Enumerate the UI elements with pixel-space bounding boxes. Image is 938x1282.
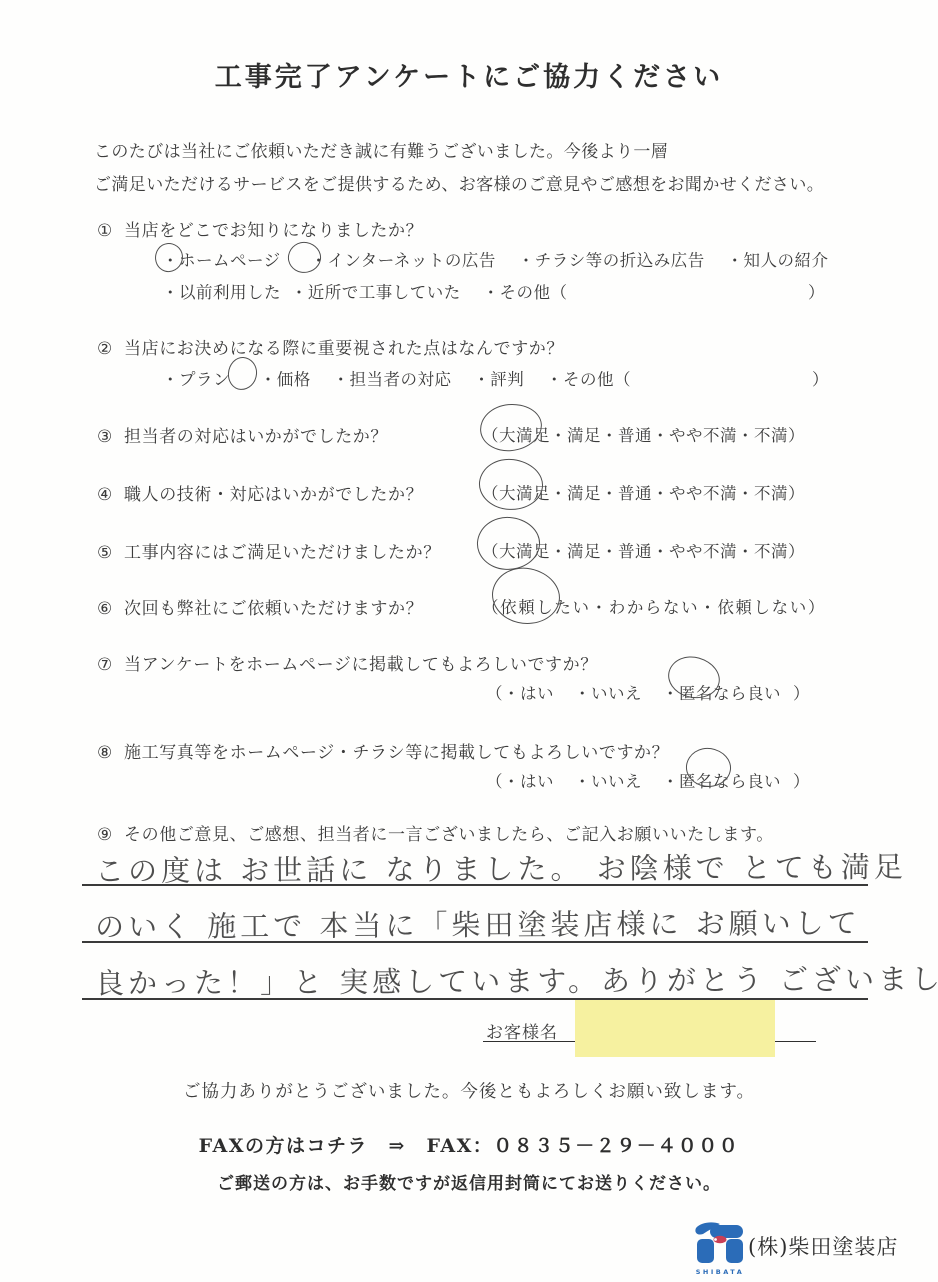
- handwritten-line-3: 良かった！」と 実感しています。いろいろありがとう ございました。: [95, 957, 938, 1003]
- question-3: ③担当者の対応はいかがでしたか？: [97, 422, 388, 447]
- question-6-scale: （依頼したい・わからない・依頼しない）: [482, 594, 826, 618]
- option-bullet: ・: [333, 370, 350, 389]
- mail-instruction-line: ご郵送の方は、お手数ですが返信用封筒にてお送りください。: [0, 1169, 938, 1194]
- scale-yaya-fuman: やや不満: [669, 542, 737, 561]
- question-3-number: ③: [97, 427, 124, 447]
- question-5-number: ⑤: [97, 543, 124, 563]
- question-1-close-paren: ）: [808, 279, 825, 303]
- option-yes: はい: [520, 684, 554, 703]
- handwritten-line-3a: 良かった！」と 実感しています。: [95, 964, 601, 1001]
- option-no: いいえ: [591, 772, 642, 791]
- question-2-text: 当店にお決めになる際に重要視された点はなんですか？: [124, 339, 564, 359]
- question-1-text: 当店をどこでお知りになりましたか？: [124, 221, 423, 241]
- question-4-text: 職人の技術・対応はいかがでしたか？: [124, 485, 423, 505]
- closing-thanks-line: ご協力ありがとうございました。今後ともよろしくお願い致します。: [0, 1078, 938, 1103]
- scale-daimanzoku: 大満足: [499, 426, 550, 445]
- question-2-options: ・プラン ・価格 ・担当者の対応 ・評判 ・その他（: [162, 366, 635, 390]
- question-6: ⑥次回も弊社にご依頼いただけますか？: [97, 594, 423, 619]
- company-logo: SHIBATA: [692, 1222, 748, 1276]
- question-1-number: ①: [97, 221, 124, 241]
- scale-daimanzoku: 大満足: [499, 542, 550, 561]
- option-bullet: ・: [473, 370, 490, 389]
- question-3-scale: （大満足・満足・普通・やや不満・不満）: [482, 422, 805, 446]
- option-bullet: ・: [546, 370, 563, 389]
- option-anonymous-ok: 匿名なら良い: [679, 684, 781, 703]
- scale-fuman: 不満: [754, 426, 788, 445]
- redaction-highlight-box: [575, 1000, 775, 1057]
- question-7-options: （・はい・いいえ・匿名なら良い）: [486, 680, 810, 704]
- option-internet-ad: インターネットの広告: [327, 251, 496, 270]
- scale-futsuu: 普通: [618, 484, 652, 503]
- option-no: いいえ: [591, 684, 642, 703]
- logo-text: SHIBATA: [692, 1268, 748, 1276]
- scale-fuman: 不満: [754, 542, 788, 561]
- intro-paragraph: このたびは当社にご依頼いただき誠に有難うございました。今後より一層 ご満足いただ…: [94, 136, 824, 202]
- question-8: ⑧施工写真等をホームページ・チラシ等に掲載してもよろしいですか？: [97, 738, 669, 763]
- handwritten-line-3b: ありがとう ございました。: [601, 962, 938, 998]
- question-5-scale: （大満足・満足・普通・やや不満・不満）: [482, 538, 805, 562]
- handwritten-line-2: のいく 施工で 本当に「柴田塗装店様に お願いして: [95, 901, 861, 946]
- scale-wakaranai: わからない: [609, 598, 700, 617]
- question-5-text: 工事内容にはご満足いただけましたか？: [124, 543, 441, 563]
- question-4: ④職人の技術・対応はいかがでしたか？: [97, 480, 423, 505]
- option-staff-response: 担当者の対応: [350, 370, 452, 389]
- question-2-close-paren: ）: [812, 366, 829, 390]
- scale-daimanzoku: 大満足: [499, 484, 550, 503]
- question-2-number: ②: [97, 339, 124, 359]
- option-bullet: ・: [260, 370, 277, 389]
- question-8-text: 施工写真等をホームページ・チラシ等に掲載してもよろしいですか？: [124, 743, 669, 763]
- option-bullet: ・: [162, 283, 179, 302]
- option-anonymous-ok: 匿名なら良い: [679, 772, 781, 791]
- question-9-number: ⑨: [97, 825, 124, 845]
- scale-manzoku: 満足: [567, 484, 601, 503]
- option-bullet: ・: [291, 283, 308, 302]
- option-reputation: 評判: [490, 370, 524, 389]
- question-3-text: 担当者の対応はいかがでしたか？: [124, 427, 388, 447]
- question-9: ⑨その他ご意見、ご感想、担当者に一言ございましたら、ご記入お願いいたします。: [97, 820, 774, 845]
- scale-yaya-fuman: やや不満: [669, 484, 737, 503]
- scale-irai-shinai: 依頼しない: [717, 598, 808, 617]
- fax-instruction-line: FAXの方はコチラ ⇒ FAX：０８３５－２９－４０００: [0, 1131, 938, 1158]
- question-1-options-row2: ・以前利用した ・近所で工事していた ・その他（: [162, 279, 572, 303]
- intro-line-2: ご満足いただけるサービスをご提供するため、お客様のご意見やご感想をお聞かせくださ…: [94, 169, 824, 202]
- survey-scan-page: 工事完了アンケートにご協力ください このたびは当社にご依頼いただき誠に有難うござ…: [0, 0, 938, 1282]
- question-1: ①当店をどこでお知りになりましたか？: [97, 216, 423, 241]
- option-bullet: ・: [310, 251, 327, 270]
- scale-futsuu: 普通: [618, 542, 652, 561]
- shibata-logo-icon: [693, 1222, 747, 1266]
- question-2: ②当店にお決めになる際に重要視された点はなんですか？: [97, 334, 564, 359]
- option-other: その他（: [500, 283, 568, 302]
- option-other: その他（: [563, 370, 631, 389]
- option-flyer: チラシ等の折込み広告: [535, 251, 705, 270]
- option-bullet: ・: [518, 251, 535, 270]
- scale-fuman: 不満: [754, 484, 788, 503]
- scale-yaya-fuman: やや不満: [669, 426, 737, 445]
- option-bullet: ・: [162, 370, 179, 389]
- intro-line-1: このたびは当社にご依頼いただき誠に有難うございました。今後より一層: [94, 136, 824, 169]
- page-title: 工事完了アンケートにご協力ください: [0, 55, 938, 94]
- scale-manzoku: 満足: [567, 542, 601, 561]
- question-4-number: ④: [97, 485, 124, 505]
- option-homepage: ホームページ: [179, 251, 281, 270]
- handwritten-line-1: この度は お世話に なりました。 お陰様で とても満足: [95, 845, 907, 890]
- scale-futsuu: 普通: [618, 426, 652, 445]
- question-9-text: その他ご意見、ご感想、担当者に一言ございましたら、ご記入お願いいたします。: [124, 825, 774, 845]
- question-6-text: 次回も弊社にご依頼いただけますか？: [124, 599, 423, 619]
- question-8-number: ⑧: [97, 743, 124, 763]
- option-plan: プラン: [179, 370, 230, 389]
- scale-irai-shitai: 依頼したい: [500, 598, 591, 617]
- question-7-text: 当アンケートをホームページに掲載してもよろしいですか？: [124, 655, 598, 675]
- option-referral: 知人の紹介: [743, 251, 828, 270]
- option-used-before: 以前利用した: [179, 283, 281, 302]
- option-bullet: ・: [483, 283, 500, 302]
- company-name: (株)柴田塗装店: [748, 1231, 898, 1261]
- question-8-options: （・はい・いいえ・匿名なら良い）: [486, 768, 810, 792]
- question-7-number: ⑦: [97, 655, 124, 675]
- option-price: 価格: [277, 370, 311, 389]
- question-4-scale: （大満足・満足・普通・やや不満・不満）: [482, 480, 805, 504]
- option-nearby-work: 近所で工事していた: [308, 283, 461, 302]
- scale-manzoku: 満足: [567, 426, 601, 445]
- question-6-number: ⑥: [97, 599, 124, 619]
- customer-name-label: お客様名: [486, 1018, 558, 1043]
- option-bullet: ・: [162, 251, 179, 270]
- question-1-options-row1: ・ホームページ ・インターネットの広告 ・チラシ等の折込み広告 ・知人の紹介: [162, 247, 832, 271]
- question-7: ⑦当アンケートをホームページに掲載してもよろしいですか？: [97, 650, 598, 675]
- option-yes: はい: [520, 772, 554, 791]
- question-5: ⑤工事内容にはご満足いただけましたか？: [97, 538, 441, 563]
- option-bullet: ・: [726, 251, 743, 270]
